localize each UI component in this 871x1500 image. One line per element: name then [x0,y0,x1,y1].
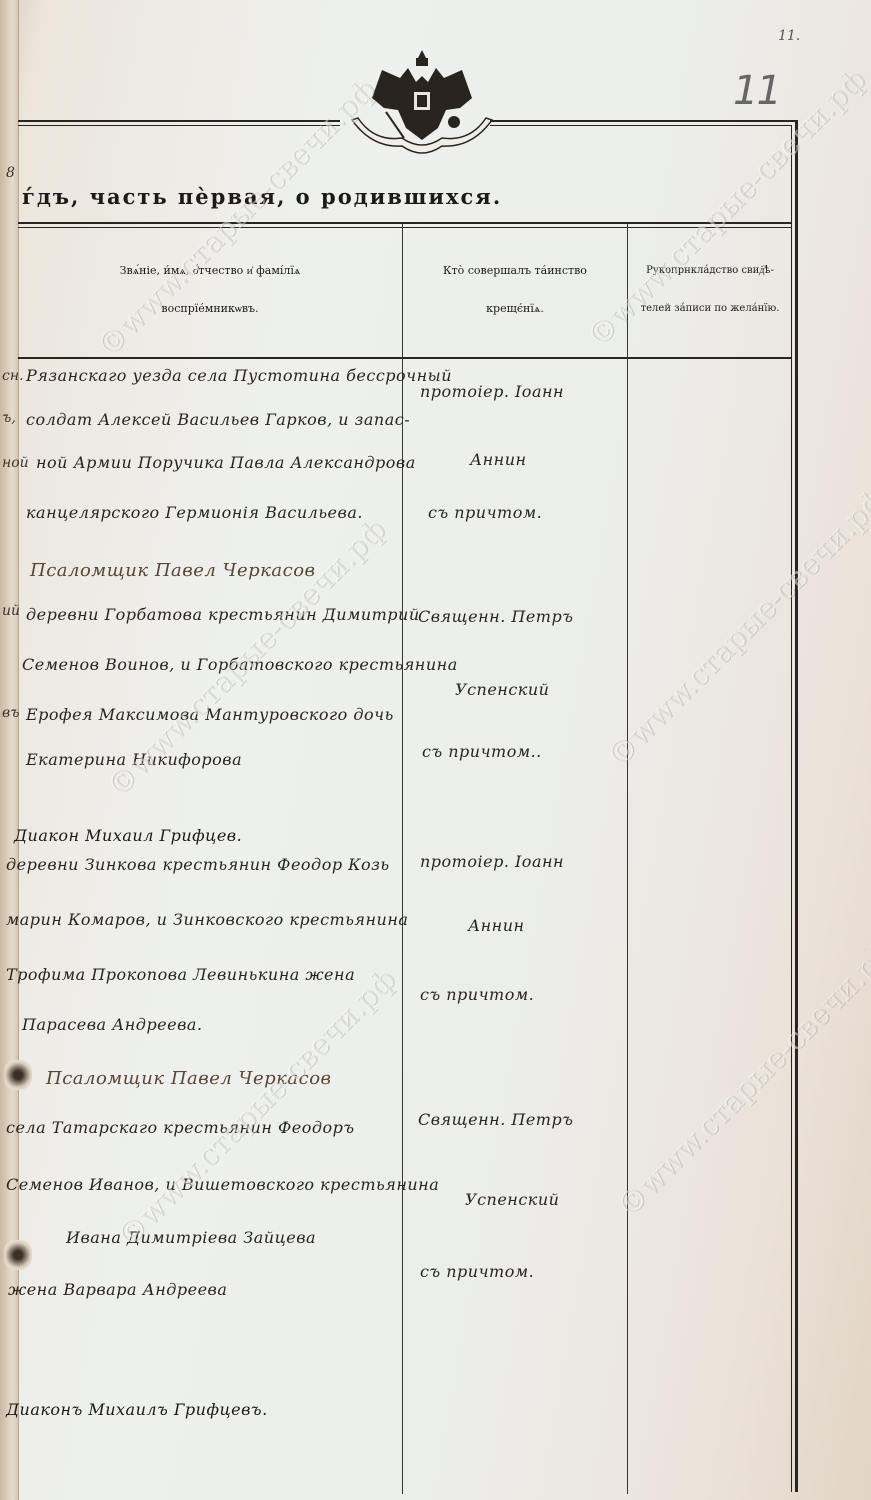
godparent-line: Трофима Прокопова Левинькина жена [6,965,355,984]
godparent-line: Рязанскаго уезда села Пустотина бессрочн… [26,366,452,385]
godparent-line: солдат Алексей Васильев Гарков, и запас- [26,410,410,429]
godparent-line: Парасева Андреева. [22,1015,203,1034]
godparent-line: ной Армии Поручика Павла Александрова [36,453,416,472]
godparent-line: деревни Зинкова крестьянин Феодор Козь [6,855,390,874]
deacon-signature: Диакон Михаил Грифцев. [14,826,242,845]
frame-right-border [795,120,798,1492]
deacon-footer-signature: Диаконъ Михаилъ Грифцевъ. [6,1400,268,1419]
officiant-line: Успенский [455,680,549,699]
officiant-line: съ причтом. [420,1262,534,1281]
godparent-line: деревни Горбатова крестьянин Димитрий [26,605,420,624]
table-header-bottom-rule [18,357,792,359]
book-spine [0,0,19,1500]
header-top-rule-thin [18,125,340,126]
watermark: ©www.старые-свечи.рф [600,482,871,775]
officiant-line: Успенский [465,1190,559,1209]
margin-note: ной [2,455,29,471]
officiant-line: Священн. Петръ [418,607,573,626]
frame-right-border-thin [791,126,792,1492]
header-top-rule-right [490,120,795,122]
officiant-line: протоіер. Іоанн [420,852,564,871]
header-top-rule-right-thin [490,125,792,126]
header-top-rule [18,120,340,122]
officiant-line: съ причтом. [420,985,534,1004]
watermark: ©www.старые-свечи.рф [610,932,871,1225]
godparent-line: жена Варвара Андреева [8,1280,227,1299]
margin-note: ъ, [2,410,16,426]
godparent-line: Семенов Иванов, и Вишетовского крестьяни… [6,1175,439,1194]
officiant-line: Аннин [470,450,527,469]
godparent-line: Ивана Димитріева Зайцева [66,1228,316,1247]
watermark: ©www.старые-свечи.рф [110,962,403,1255]
psalmist-signature: Псаломщик Павел Черкасов [30,560,316,581]
table-header-top-rule-thin [18,227,792,228]
binding-hole [4,1240,32,1270]
officiant-line: протоіер. Іоанн [420,382,564,401]
margin-number: 8 [6,165,15,181]
officiant-line: Аннин [468,916,525,935]
officiant-line: съ причтом.. [422,742,542,761]
margin-note: ий [2,603,20,619]
page-number-large: 11 [733,68,780,114]
godparent-line: села Татарскаго крестьянин Феодоръ [6,1118,355,1137]
table-header-top-rule [18,222,792,224]
officiant-line: Священн. Петръ [418,1110,573,1129]
margin-note: сн. [2,368,24,384]
godparent-line: марин Комаров, и Зинковского крестьянина [6,910,408,929]
godparent-line: канцелярского Гермионія Васильева. [26,503,363,522]
binding-hole [4,1060,32,1090]
column-header-line: воспрїе́мникѡвъ. [20,290,400,328]
column-header-line: Кто̀ совершалъ та́инство [404,252,626,290]
column-divider-2 [627,224,628,1494]
officiant-line: съ причтом. [428,503,542,522]
page-number-small: 11. [778,28,800,44]
margin-note: въ [2,705,19,721]
